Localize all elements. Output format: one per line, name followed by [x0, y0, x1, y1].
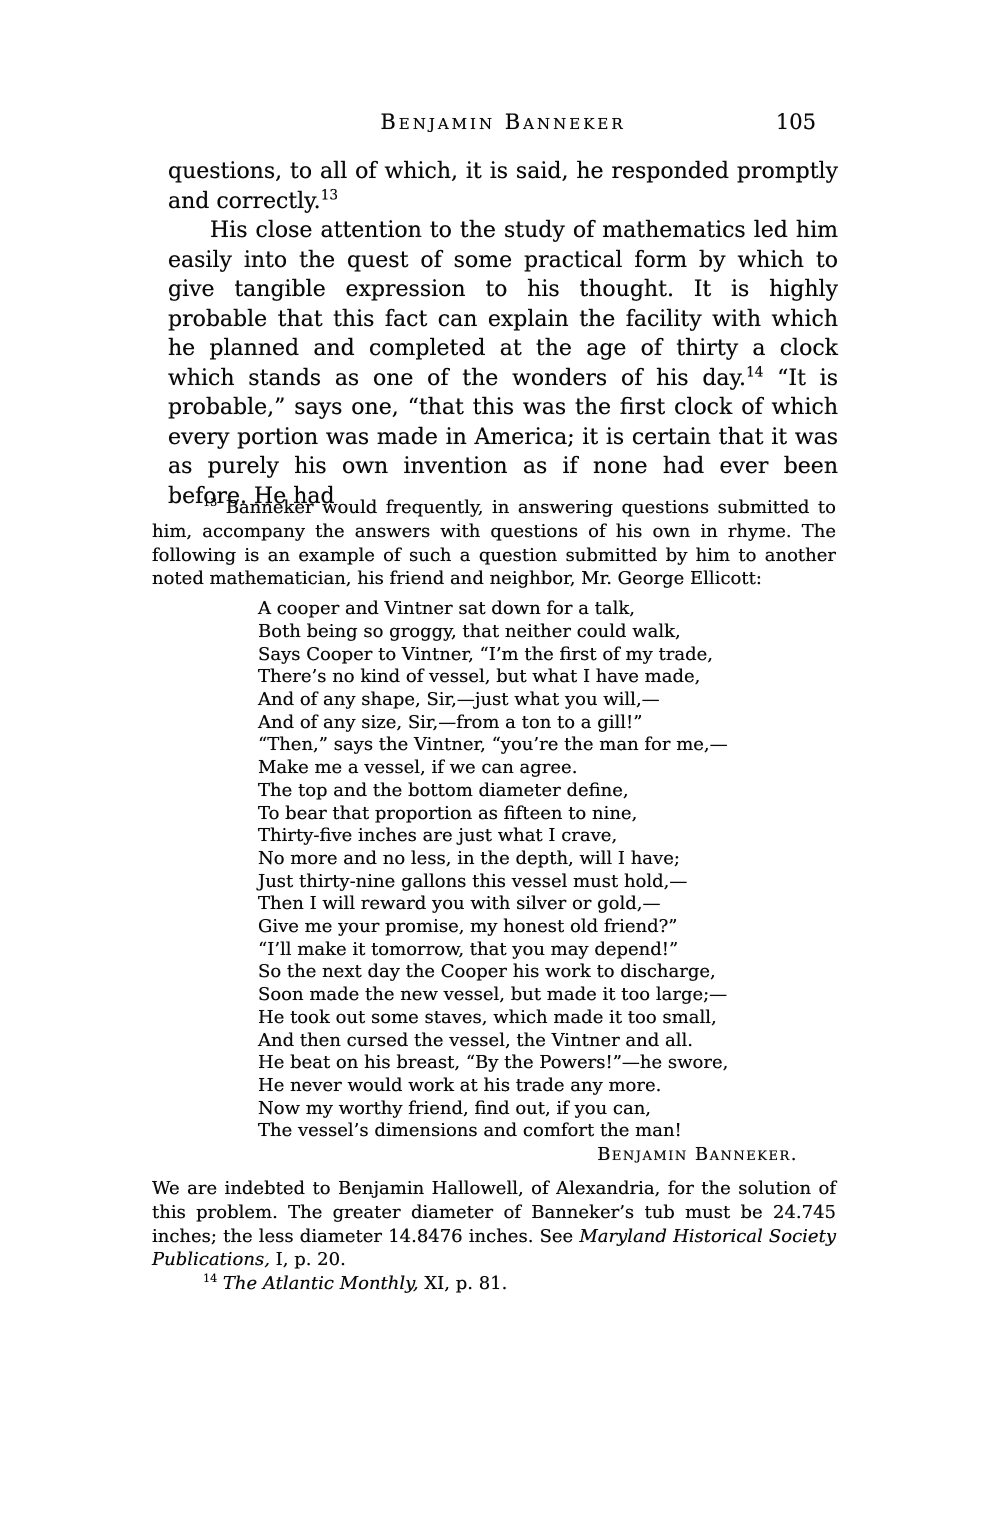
running-header: Benjamin Banneker 105 [168, 110, 838, 140]
poem-signature: Benjamin Banneker. [152, 1143, 836, 1167]
footnote-14: 14 The Atlantic Monthly, XI, p. 81. [152, 1272, 836, 1296]
poem-line: Make me a vessel, if we can agree. [258, 757, 836, 780]
poem-line: Says Cooper to Vintner, “I’m the first o… [258, 644, 836, 667]
poem-line: And of any size, Sir,—from a ton to a gi… [258, 712, 836, 735]
body-text: questions, to all of which, it is said, … [168, 157, 838, 511]
poem-line: There’s no kind of vessel, but what I ha… [258, 666, 836, 689]
poem-line: Both being so groggy, that neither could… [258, 621, 836, 644]
poem-line: Just thirty-nine gallons this vessel mus… [258, 871, 836, 894]
footnotes-section: 13 Banneker would frequently, in answeri… [152, 496, 836, 1296]
poem-line: “Then,” says the Vintner, “you’re the ma… [258, 734, 836, 757]
poem-line: Thirty-five inches are just what I crave… [258, 825, 836, 848]
poem-line: A cooper and Vintner sat down for a talk… [258, 598, 836, 621]
poem-line: The vessel’s dimensions and comfort the … [258, 1120, 836, 1143]
footnote-13-marker: 13 [203, 496, 217, 509]
book-page: Benjamin Banneker 105 questions, to all … [0, 0, 1000, 1520]
italic-citation: The Atlantic Monthly, [217, 1273, 418, 1294]
footnote-ref-14: 14 [746, 364, 763, 380]
poem-line: He never would work at his trade any mor… [258, 1075, 836, 1098]
poem: A cooper and Vintner sat down for a talk… [258, 598, 836, 1143]
footnote-14-marker: 14 [203, 1272, 217, 1285]
poem-line: Then I will reward you with silver or go… [258, 893, 836, 916]
paragraph-continued: questions, to all of which, it is said, … [168, 157, 838, 216]
footnote-13-text: Banneker would frequently, in answering … [152, 497, 836, 589]
running-header-title: Benjamin Banneker [168, 110, 838, 134]
poem-line: He beat on his breast, “By the Powers!”—… [258, 1052, 836, 1075]
poem-line: He took out some staves, which made it t… [258, 1007, 836, 1030]
footnote-13: 13 Banneker would frequently, in answeri… [152, 496, 836, 591]
poem-line: To bear that proportion as fifteen to ni… [258, 803, 836, 826]
solution-text: I, p. 20. [270, 1249, 346, 1270]
poem-line: No more and no less, in the depth, will … [258, 848, 836, 871]
poem-line: Now my worthy friend, find out, if you c… [258, 1098, 836, 1121]
page-number: 105 [776, 110, 816, 134]
footnote-14-text: XI, p. 81. [419, 1273, 508, 1294]
poem-line: And then cursed the vessel, the Vintner … [258, 1030, 836, 1053]
poem-line: And of any shape, Sir,—just what you wil… [258, 689, 836, 712]
poem-line: “I’ll make it tomorrow, that you may dep… [258, 939, 836, 962]
poem-line: Give me your promise, my honest old frie… [258, 916, 836, 939]
poem-line: The top and the bottom diameter define, [258, 780, 836, 803]
poem-line: So the next day the Cooper his work to d… [258, 961, 836, 984]
paragraph-text: His close attention to the study of math… [168, 218, 838, 391]
footnote-13-solution: We are indebted to Benjamin Hallowell, o… [152, 1177, 836, 1272]
paragraph: His close attention to the study of math… [168, 216, 838, 511]
poem-line: Soon made the new vessel, but made it to… [258, 984, 836, 1007]
paragraph-text: questions, to all of which, it is said, … [168, 159, 838, 214]
footnote-ref-13: 13 [321, 187, 338, 203]
